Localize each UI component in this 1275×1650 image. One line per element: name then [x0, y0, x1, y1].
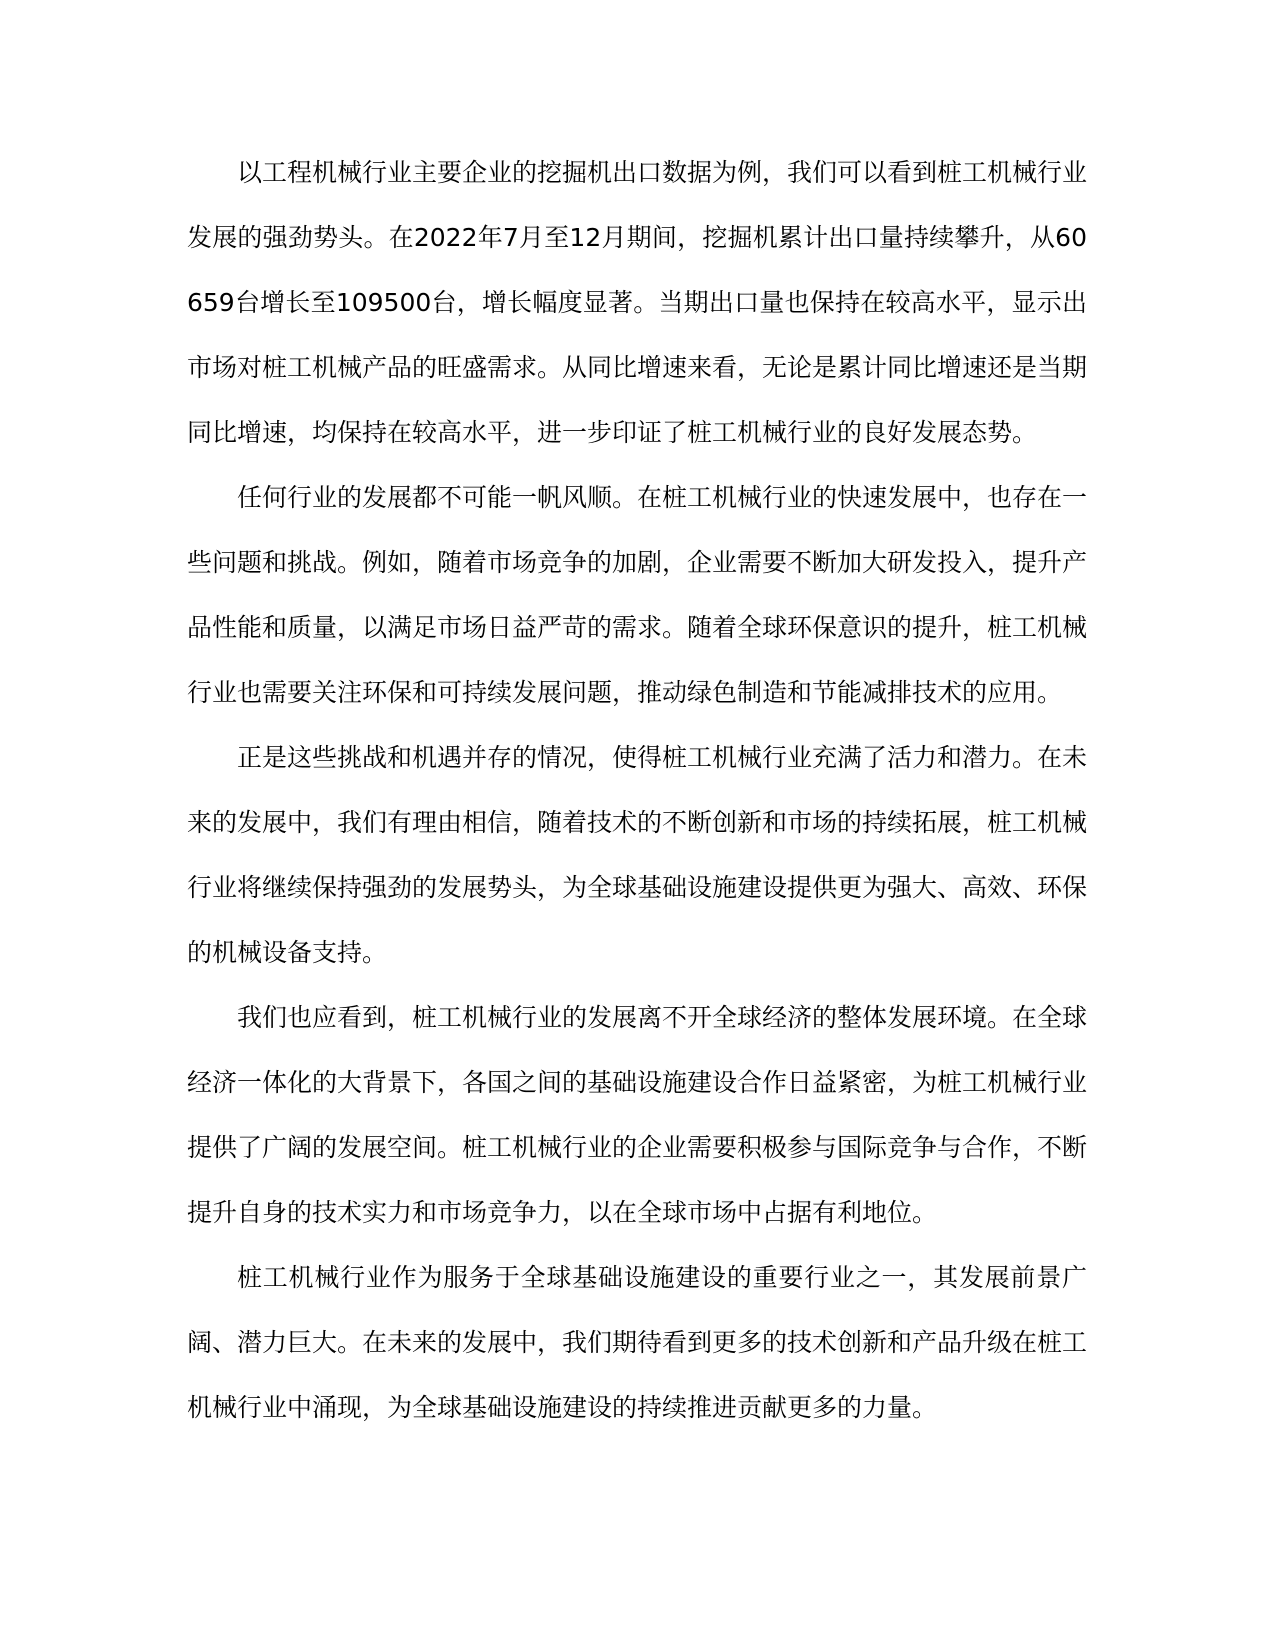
- document-page: 以工程机械行业主要企业的挖掘机出口数据为例，我们可以看到桩工机械行业发展的强劲势…: [0, 0, 1275, 1650]
- document-body: 以工程机械行业主要企业的挖掘机出口数据为例，我们可以看到桩工机械行业发展的强劲势…: [187, 140, 1087, 1440]
- paragraph-4: 我们也应看到，桩工机械行业的发展离不开全球经济的整体发展环境。在全球经济一体化的…: [187, 985, 1087, 1245]
- paragraph-5: 桩工机械行业作为服务于全球基础设施建设的重要行业之一，其发展前景广阔、潜力巨大。…: [187, 1245, 1087, 1440]
- paragraph-2: 任何行业的发展都不可能一帆风顺。在桩工机械行业的快速发展中，也存在一些问题和挑战…: [187, 465, 1087, 725]
- paragraph-3: 正是这些挑战和机遇并存的情况，使得桩工机械行业充满了活力和潜力。在未来的发展中，…: [187, 725, 1087, 985]
- paragraph-1: 以工程机械行业主要企业的挖掘机出口数据为例，我们可以看到桩工机械行业发展的强劲势…: [187, 140, 1087, 465]
